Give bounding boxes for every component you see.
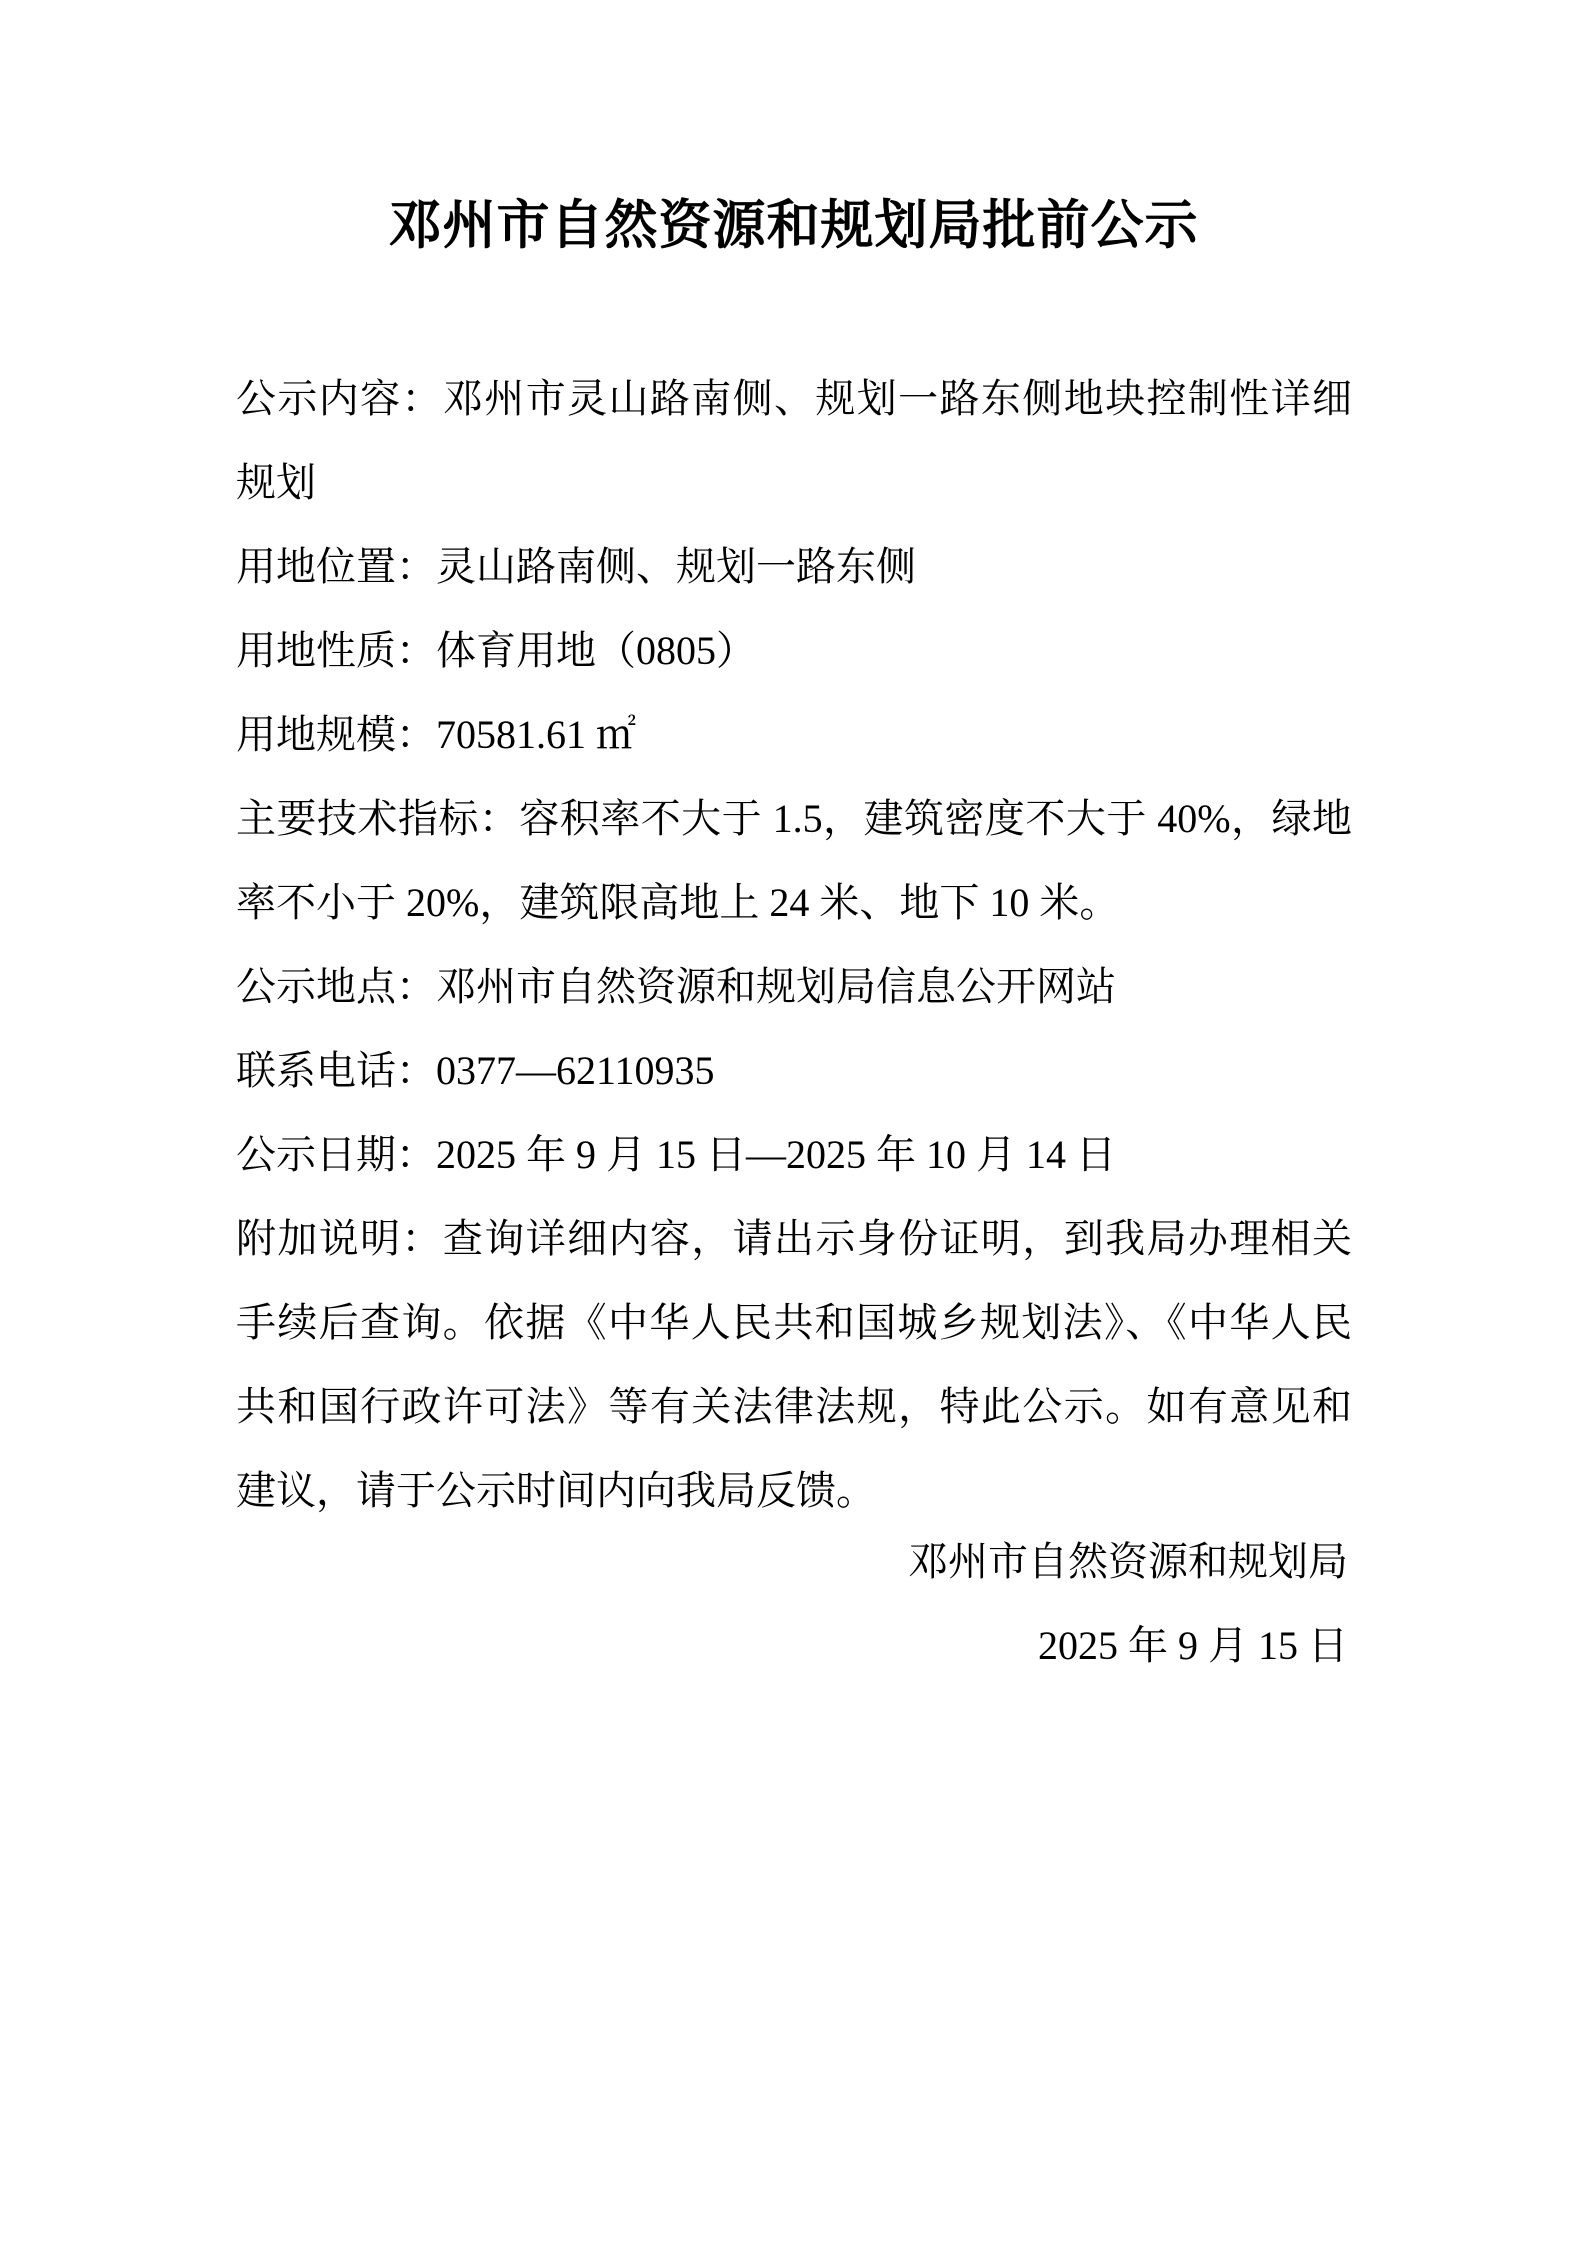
paragraph-land-scale: 用地规模：70581.61 ㎡ bbox=[236, 693, 1352, 777]
paragraph-publicity-venue: 公示地点：邓州市自然资源和规划局信息公开网站 bbox=[236, 945, 1352, 1029]
paragraph-publicity-period: 公示日期：2025 年 9 月 15 日—2025 年 10 月 14 日 bbox=[236, 1113, 1352, 1197]
paragraph-land-location: 用地位置：灵山路南侧、规划一路东侧 bbox=[236, 525, 1352, 609]
paragraph-land-use-type: 用地性质：体育用地（0805） bbox=[236, 609, 1352, 693]
notice-title: 邓州市自然资源和规划局批前公示 bbox=[0, 192, 1587, 261]
paragraph-notice-content: 公示内容：邓州市灵山路南侧、规划一路东侧地块控制性详细规划 bbox=[236, 357, 1352, 525]
signature-org: 邓州市自然资源和规划局 bbox=[236, 1520, 1348, 1604]
notice-body: 公示内容：邓州市灵山路南侧、规划一路东侧地块控制性详细规划 用地位置：灵山路南侧… bbox=[236, 357, 1352, 1533]
notice-page: 邓州市自然资源和规划局批前公示 公示内容：邓州市灵山路南侧、规划一路东侧地块控制… bbox=[0, 0, 1587, 2245]
signature-block: 邓州市自然资源和规划局 2025 年 9 月 15 日 bbox=[236, 1520, 1348, 1688]
paragraph-contact-phone: 联系电话：0377—62110935 bbox=[236, 1029, 1352, 1113]
paragraph-technical-indicators: 主要技术指标：容积率不大于 1.5，建筑密度不大于 40%，绿地率不小于 20%… bbox=[236, 777, 1352, 945]
signature-date: 2025 年 9 月 15 日 bbox=[236, 1604, 1348, 1688]
paragraph-additional-notes: 附加说明：查询详细内容，请出示身份证明，到我局办理相关手续后查询。依据《中华人民… bbox=[236, 1197, 1352, 1533]
